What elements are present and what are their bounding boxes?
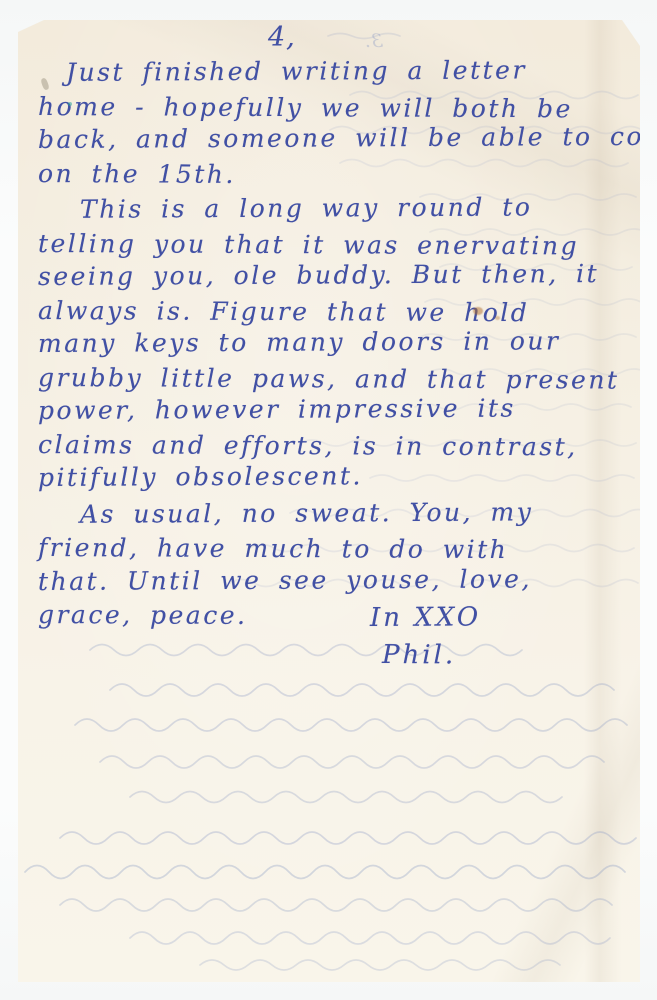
handwritten-line: This is a long way round to <box>38 190 630 227</box>
handwritten-line: Just finished writing a letter <box>38 53 630 90</box>
handwritten-line: many keys to many doors in our <box>38 324 630 361</box>
paragraph: As usual, no sweat. You, my friend, have… <box>38 498 630 632</box>
signoff-valediction: In XXO <box>370 599 481 637</box>
paragraph: This is a long way round to telling you … <box>38 193 630 495</box>
signoff: In XXO Phil. <box>370 600 481 674</box>
handwritten-line: back, and someone will be able to come <box>38 120 630 157</box>
signature: Phil. <box>370 637 481 674</box>
handwritten-line: that. Until we see youse, love, <box>38 561 630 598</box>
handwritten-line: As usual, no sweat. You, my <box>38 494 630 531</box>
handwritten-line: power, however impressive its <box>38 391 630 428</box>
letter-page: 4, 3. Just finished writing a letter hom… <box>18 20 640 982</box>
paragraph: Just finished writing a letter home - ho… <box>38 56 630 190</box>
bleedthrough-page-number: 3. <box>365 30 383 52</box>
handwritten-line: grace, peace. <box>38 598 630 634</box>
page-number: 4, <box>268 22 296 53</box>
letter-body: Just finished writing a letter home - ho… <box>38 56 630 632</box>
handwritten-line: seeing you, ole buddy. But then, it <box>38 257 630 294</box>
handwritten-line: on the 15th. <box>38 157 630 193</box>
photo-background: 4, 3. Just finished writing a letter hom… <box>0 0 657 1000</box>
handwritten-line: pitifully obsolescent. <box>38 458 630 495</box>
